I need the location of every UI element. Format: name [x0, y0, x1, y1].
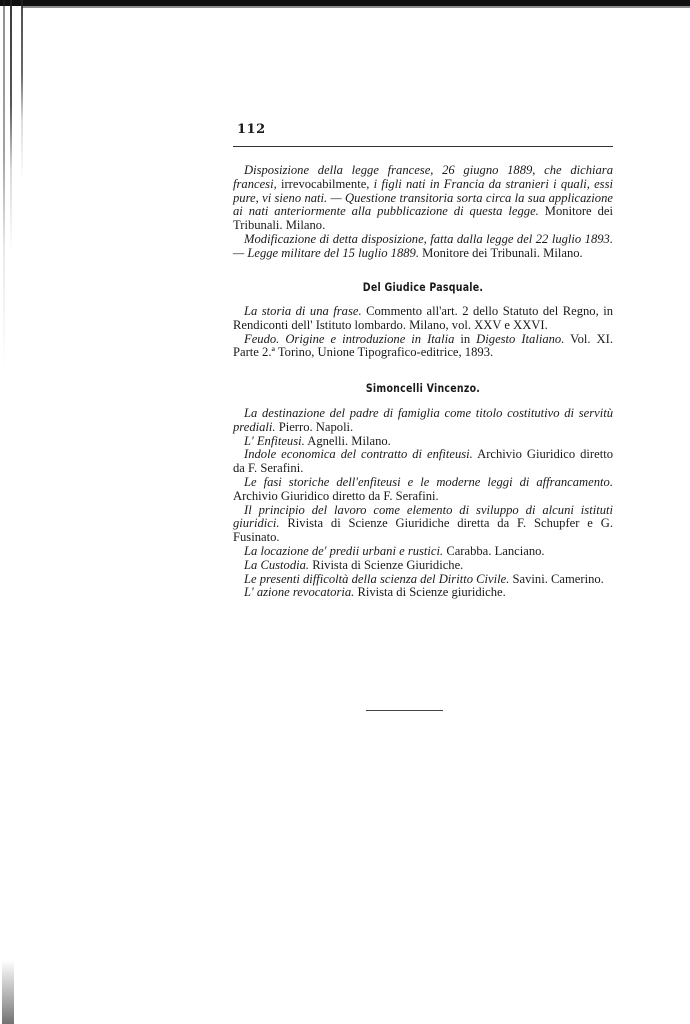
entry-title: La locazione de' predii urbani e rustici… — [244, 544, 443, 558]
entry-publication: Agnelli. Milano. — [305, 434, 391, 448]
end-of-section-rule — [366, 710, 443, 711]
bibliography-entry: La locazione de' predii urbani e rustici… — [233, 545, 613, 559]
bibliography-entry: La destinazione del padre di famiglia co… — [233, 407, 613, 435]
bibliography-entry: Le fasi storiche dell'enfiteusi e le mod… — [233, 476, 613, 504]
section-heading-simoncelli: Simoncelli Vincenzo. — [267, 381, 579, 395]
header-rule — [233, 146, 613, 147]
section-simoncelli-entries: La destinazione del padre di famiglia co… — [233, 407, 613, 600]
entry-text: in — [454, 332, 476, 346]
entry-publication: Archivio Giuridico diretto da F. Serafin… — [233, 489, 439, 503]
scan-smudge — [2, 960, 14, 1024]
entry-title: La Custodia. — [244, 558, 309, 572]
bibliography-entry: Indole economica del contratto di enfite… — [233, 448, 613, 476]
page-number: 112 — [237, 122, 266, 137]
intro-block: Disposizione della legge francese, 26 gi… — [233, 164, 613, 261]
bibliography-entry: Modificazione di detta disposizione, fat… — [233, 233, 613, 261]
section-del-giudice-entries: La storia di una frase. Commento all'art… — [233, 305, 613, 360]
entry-title: L' Enfiteusi. — [244, 434, 305, 448]
scan-top-rule — [22, 6, 690, 8]
bibliography-entry: La Custodia. Rivista di Scienze Giuridic… — [233, 559, 613, 573]
entry-publication: Rivista di Scienze Giuridiche. — [309, 558, 463, 572]
bibliography-entry: Disposizione della legge francese, 26 gi… — [233, 164, 613, 233]
entry-publication: Monitore dei Tribunali. Milano. — [419, 246, 583, 260]
entry-publication: Carabba. Lanciano. — [443, 544, 544, 558]
entry-publication: Savini. Camerino. — [509, 572, 603, 586]
entry-title: Feudo. Origine e introduzione in Italia — [244, 332, 454, 346]
entry-publication: Rivista di Scienze Giuridiche diretta da… — [233, 516, 613, 544]
entry-title: Indole economica del contratto di enfite… — [244, 447, 473, 461]
binding-edge-line — [21, 0, 23, 300]
entry-publication: Rivista di Scienze giuridiche. — [354, 585, 505, 599]
bibliography-entry: Le presenti difficoltà della scienza del… — [233, 573, 613, 587]
section-heading-del-giudice: Del Giudice Pasquale. — [267, 280, 579, 294]
entry-text: , irrevocabilmente, — [274, 177, 374, 191]
entry-title: Le presenti difficoltà della scienza del… — [244, 572, 509, 586]
bibliography-entry: Feudo. Origine e introduzione in Italia … — [233, 333, 613, 361]
entry-title: Digesto Italiano. — [476, 332, 564, 346]
entry-title: Le fasi storiche dell'enfiteusi e le mod… — [244, 475, 613, 489]
entry-publication: Pierro. Napoli. — [276, 420, 354, 434]
entry-title: L' azione revocatoria. — [244, 585, 354, 599]
bibliography-entry: La storia di una frase. Commento all'art… — [233, 305, 613, 333]
bibliography-entry: L' Enfiteusi. Agnelli. Milano. — [233, 435, 613, 449]
entry-title: La storia di una frase. — [244, 304, 362, 318]
binding-edge-line — [10, 0, 12, 420]
binding-edge-line — [3, 0, 5, 620]
bibliography-entry: Il principio del lavoro come elemento di… — [233, 504, 613, 545]
bibliography-entry: L' azione revocatoria. Rivista di Scienz… — [233, 586, 613, 600]
